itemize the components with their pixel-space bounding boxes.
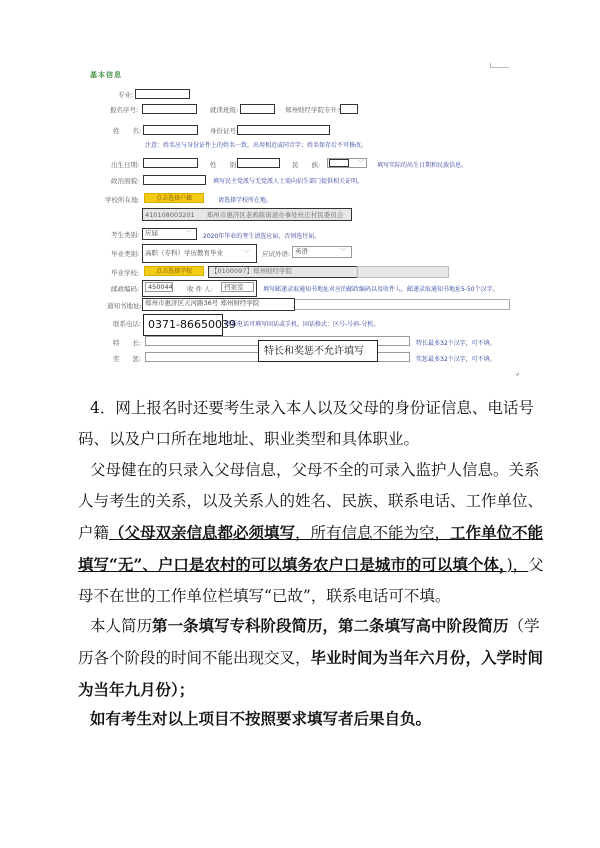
upgrade-input[interactable] [340,104,358,114]
phone-label: 联系电话: [113,319,141,328]
name-note: 注意：姓名应与身份证件上的姓名一致，出用相近或同音字；姓名保存后不可修改。 [145,140,367,149]
political-input[interactable] [143,175,206,185]
section-title: 基本信息 [90,70,122,80]
postcode-input[interactable]: 450044 [145,282,173,292]
id-label: 身份证号: [210,126,238,135]
class-label: 就读班级: [210,105,238,114]
reg-no-label: 报名序号: [110,105,138,114]
postcode-label: 邮政编码: [111,284,139,293]
ethnicity-value [329,159,349,167]
chevron-down-icon: ﹀ [186,229,193,238]
select-school-button[interactable]: 点击选择学校 [144,266,204,276]
candidate-type-value: 应届 [145,229,158,237]
name-input[interactable] [143,125,198,135]
paragraph-resume: 本人简历第一条填写专科阶段简历，第二条填写高中阶段简历（学历各个阶段的时间不能出… [78,610,548,706]
chevron-down-icon: ﹀ [340,247,347,256]
grad-school-label: 毕业学校: [111,268,139,277]
paragraph-mark: ↲ [515,371,520,378]
paragraph-1: 4．网上报名时还要考生录入本人以及父母的身份证信息、电话号码、以及户口所在地地址… [78,393,548,455]
candidate-type-select[interactable]: 应届 ﹀ [142,228,197,240]
recipient-label: 收 件 人: [187,284,213,293]
candidate-type-hint: 2020年毕业的考生请选应届，否则选往届。 [203,231,320,240]
id-input[interactable] [237,125,330,135]
location-code: 410108003201 [145,211,195,219]
specialty-hint: 特长最多32个汉字，可不填。 [416,338,496,347]
chevron-down-icon: ﹀ [358,158,364,167]
name-label: 姓 名: [113,126,141,135]
school-location-label: 学校所在地: [105,195,140,204]
political-hint: 填写民主党派与无党派人士需向招生部门提供相关证明。 [213,176,363,185]
chevron-down-icon: ﹀ [244,248,251,259]
phone-input[interactable]: 0371-86650039 [143,314,223,336]
gender-label: 性 别: [210,160,238,169]
reg-no-input[interactable] [142,104,197,114]
birth-label: 出生日期: [111,160,139,169]
political-label: 政治面貌: [111,176,139,185]
p3-text-b: 第一条填写专科阶段简历，第二条填写高中阶段简历 [152,616,509,635]
registration-form-screenshot: 基本信息 专业: 报名序号: 就读班级: 郑州财经学院专升本 姓 名: 身份证号… [0,0,600,390]
grad-type-select[interactable]: 高职（专科）学历教育毕业 ﹀ [142,244,257,263]
location-address: 郑州市惠济区老鸦陈街道办事处杜庄村民委员会 [207,211,344,219]
postcode-hint: 填写邮递录取通知书地址对应的邮政编码以及收件人。邮递录取通知书地址5-50个汉字… [263,284,499,293]
major-input[interactable] [135,89,190,99]
paragraph-id-info: 4．网上报名时还要考生录入本人以及父母的身份证信息、电话号码、以及户口所在地地址… [78,393,548,455]
grad-school-display-ext [357,266,449,278]
paragraph-4: 如有考生对以上项目不按照要求填写者后果自负。 [78,703,548,734]
recipient-input[interactable]: 档案室 [221,282,254,292]
grad-type-value: 高职（专科）学历教育毕业 [145,248,223,259]
foreign-lang-label: 应试外语: [262,249,290,258]
p2-text-b: （父母双亲信息都必须填写 [109,523,295,542]
p2-text-e: )， [507,556,529,574]
paragraph-warning: 如有考生对以上项目不按照要求填写者后果自负。 [78,703,548,734]
notice-address-label: 通知书地址: [107,301,142,310]
school-location-hint: 请选择学校所在地。 [218,195,272,204]
award-label: 奖 惩: [113,354,141,363]
select-household-button[interactable]: 点击选择户籍 [144,193,204,203]
class-input[interactable] [240,104,275,114]
p3-text-a: 本人简历 [90,617,152,635]
specialty-label: 特 长: [113,338,141,347]
birth-input[interactable] [143,158,198,168]
phone-hint: 联系电话可填写固话或手机。固话格式：区号-号码-分机。 [225,319,379,328]
p2-text-c: ，所有信息不能为空， [295,524,450,542]
gender-input[interactable] [237,158,280,168]
callout-note: 特长和奖惩不允许填写 [258,340,378,362]
major-label: 专业: [118,90,133,99]
paragraph-parents: 父母健在的只录入父母信息，父母不全的可录入监护人信息。关系人与考生的关系，以及关… [78,455,548,612]
candidate-type-label: 考生类别: [111,230,139,239]
notice-address-input[interactable]: 郑州市惠济区天河路36号 郑州财经学院 [142,298,295,311]
award-hint: 奖惩最多32个汉字，可不填。 [416,354,496,363]
foreign-lang-value: 英语 [295,247,308,255]
grad-school-display: 【0100097】郑州财经学院 [208,266,358,278]
corner-mark [490,63,509,68]
birth-hint: 填写实际的出生日期和民族信息。 [377,160,467,169]
upgrade-label: 郑州财经学院专升本 [285,105,344,114]
school-location-display: 410108003201 郑州市惠济区老鸦陈街道办事处杜庄村民委员会 [142,208,352,221]
grad-type-label: 毕业类别: [111,249,139,258]
ethnicity-label: 民 族: [292,160,320,169]
foreign-lang-select[interactable]: 英语 ﹀ [292,246,352,258]
